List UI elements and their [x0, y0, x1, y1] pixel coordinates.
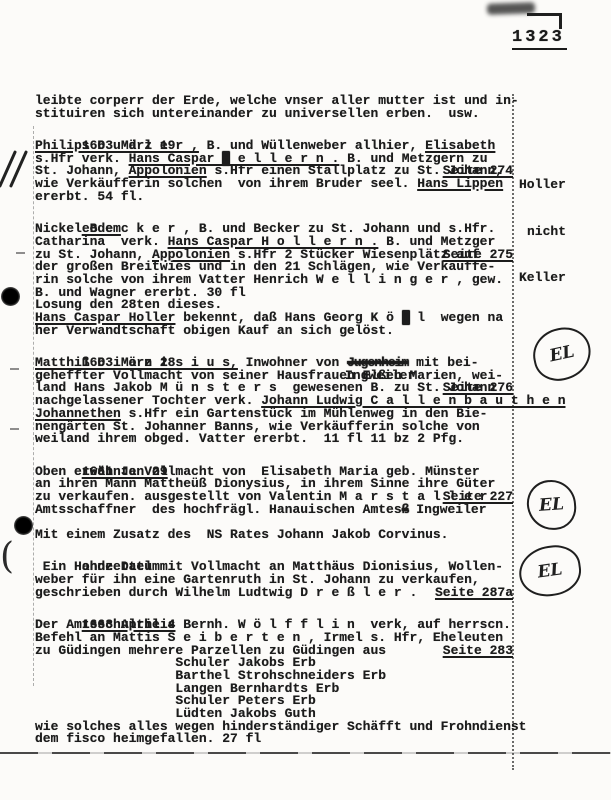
document-line: Mit einem Zusatz des NS Rates Johann Jak…	[35, 529, 513, 542]
section-body: Nickel B e c k e r , B. und Becker zu St…	[35, 223, 513, 337]
ink-dot-annotation	[1, 287, 20, 306]
document-line: Amtsschaffner des hochfrägl. Hanauischen…	[35, 504, 513, 517]
stamp-corner-stroke	[559, 13, 562, 29]
scanned-document-page: 1323 leibte corperr der Erde, welche vns…	[0, 0, 611, 800]
record-page-ref: Seite 274	[443, 165, 513, 178]
section-body: Matthiß D i o n i s i u s, Inwohner von …	[35, 357, 513, 446]
record-page-ref: Seite 287a	[435, 587, 513, 600]
el-circle-annotation: EL	[516, 542, 584, 600]
margin-tick	[10, 428, 19, 430]
section-header: 1663 März 19 Seite 274	[35, 127, 513, 140]
el-circle-annotation: EL	[525, 478, 577, 531]
page-number-stamp: 1323	[512, 28, 567, 50]
record-page-ref: Seite 227	[443, 491, 513, 504]
record-section: eodem Seite 275 Nickel B e c k e r , B. …	[35, 211, 513, 338]
record-date: 1663 März 19	[82, 138, 176, 153]
section-header: 1663 April 4 Seite 283	[35, 606, 513, 619]
record-page-ref: Seite 275	[443, 249, 513, 262]
section-header: eodem Seite 275	[35, 211, 513, 224]
document-line: dem fisco heimgefallen. 27 fl	[35, 733, 513, 746]
margin-note-line: Keller	[519, 270, 566, 286]
margin-note-holler: Holler nicht Keller	[519, 146, 566, 317]
record-section: 1663 März 28 Ingweiler Seite 276 Matthiß…	[35, 344, 513, 446]
record-date: 1661 Jan 29	[82, 464, 168, 479]
margin-note-line: nicht	[519, 224, 566, 240]
record-sections: 1663 März 19 Seite 274 Philips D u d l e…	[35, 127, 513, 746]
record-date: ohne Datum	[82, 559, 160, 574]
record-date: 1663 April 4	[82, 617, 176, 632]
section-body: Der Amtsschultheis Bernh. W ö l f f l i …	[35, 619, 513, 746]
margin-tick	[10, 368, 19, 370]
text-column: leibte corperr der Erde, welche vnser al…	[35, 0, 513, 746]
record-date: 1663 März 28	[82, 355, 176, 370]
left-ruled-line	[33, 126, 34, 686]
record-section: 1661 Jan 29 Seite 227 Oben erwähnte Voll…	[35, 453, 513, 542]
document-line: stituiren sich untereinander zu universe…	[35, 108, 513, 121]
section-header: ohne Datum Seite 287a	[35, 549, 513, 562]
intro-paragraph: leibte corperr der Erde, welche vnser al…	[35, 95, 513, 120]
record-section: ohne Datum Seite 287a Ein Handzettel mit…	[35, 549, 513, 600]
stamp-underline	[527, 13, 561, 16]
document-line: weiland ihrem obged. Vatter ererbt. 11 f…	[35, 433, 513, 446]
double-slash-annotation	[6, 147, 34, 191]
record-date: eodem	[82, 221, 121, 236]
ink-dot-annotation	[14, 516, 33, 535]
record-section: 1663 April 4 Seite 283 Der Amtsschulthei…	[35, 606, 513, 746]
document-line: her Verwandtschaft obigen Kauf an sich g…	[35, 325, 513, 338]
record-section: 1663 März 19 Seite 274 Philips D u d l e…	[35, 127, 513, 203]
record-page-ref: Seite 276	[443, 382, 513, 395]
record-place: Ingweiler	[345, 370, 415, 383]
section-header: 1661 Jan 29 Seite 227	[35, 453, 513, 466]
record-page-ref: Seite 283	[443, 645, 513, 658]
section-header: 1663 März 28 Ingweiler Seite 276	[35, 344, 513, 357]
margin-tick	[16, 252, 25, 254]
el-circle-annotation: EL	[528, 323, 596, 386]
margin-note-line: Holler	[519, 177, 566, 193]
document-line: ererbt. 54 fl.	[35, 191, 513, 204]
bottom-ruled-line	[0, 752, 611, 754]
paren-annotation: (	[0, 536, 14, 577]
